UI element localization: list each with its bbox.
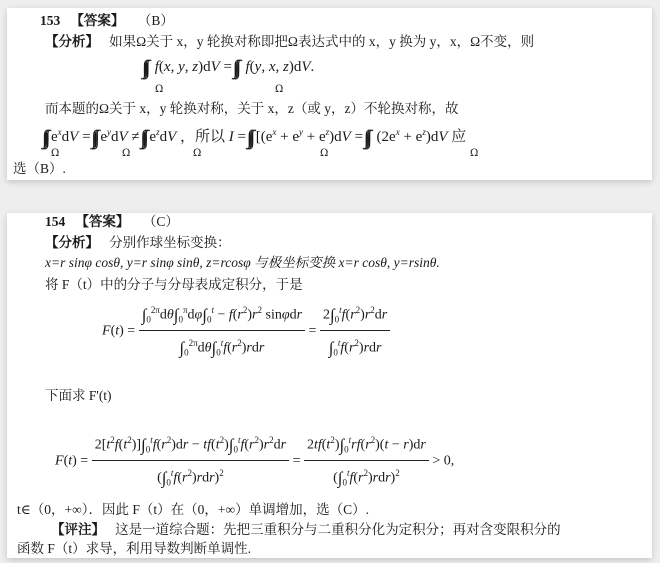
analysis-line: 【分析】 分别作球坐标变换： [45,234,231,252]
derivative-text: 下面求 F'(t) [45,387,112,405]
formula-F-derivative: F(t) = 2[t2f(t2)]∫0tf(r2)dr − tf(t2)∫0tf… [55,431,454,492]
conclusion-text: t∈（0，+∞）．因此 F（t）在（0，+∞）单调增加，选（C）. [17,501,369,519]
comment-line-1: 【评注】 这是一道综合题：先把三重积分与二重积分化为定积分；再对含变限积分的 [51,521,561,539]
answer-label: 【答案】 [70,13,124,29]
problem-number: 153 [40,13,60,28]
solution-card-153: 153 【答案】 （B） 【分析】 如果Ω关于 x，y 轮换对称即把Ω表达式中的… [7,8,652,180]
answer-value: （B） [138,13,174,28]
answer-header: 153 【答案】 （B） [40,12,174,30]
triple-integral-symbol: ∫∫∫ [145,59,151,77]
comment-text: 这是一道综合题：先把三重积分与二重积分化为定积分；再对含变限积分的 [115,522,561,537]
symmetry-text: 而本题的Ω关于 x，y 轮换对称，关于 x，z（或 y，z）不轮换对称，故 [45,100,459,118]
analysis-label: 【分析】 [45,235,99,251]
analysis-line: 【分析】 如果Ω关于 x，y 轮换对称即把Ω表达式中的 x，y 换为 y，x，Ω… [45,33,534,51]
comment-line-2: 函数 F（t）求导，利用导数判断单调性. [17,540,251,558]
comment-label: 【评注】 [51,522,105,538]
conclusion-text: 选（B）. [13,160,66,178]
integral-text: 将 F（t）中的分子与分母表成定积分，于是 [45,276,303,294]
answer-value: （C） [143,214,179,229]
triple-integral-symbol: ∫∫∫ [236,59,242,77]
solution-card-154: 154 【答案】 （C） 【分析】 分别作球坐标变换： x=r sinφ cos… [7,213,652,558]
analysis-label: 【分析】 [45,34,99,50]
formula-result: ∫∫∫exdV = ∫∫∫eydV ≠ ∫∫∫ezdV ，所以 I = ∫∫∫[… [45,123,466,147]
analysis-text: 如果Ω关于 x，y 轮换对称即把Ω表达式中的 x，y 换为 y，x，Ω不变，则 [109,34,534,49]
formula-symmetry: ∫∫∫ f(x, y, z)dV = ∫∫∫ f(y, x, z)dV. [145,58,314,77]
coordinate-transform: x=r sinφ cosθ, y=r sinφ sinθ, z=rcosφ 与极… [45,254,440,272]
problem-number: 154 [45,214,65,229]
formula-F-definition: F(t) = ∫02πdθ∫0πdφ∫0t − f(r2)r2 sinφdr ∫… [102,301,390,362]
analysis-text: 分别作球坐标变换： [109,235,231,250]
omega-subscript: Ω [275,84,283,95]
answer-label: 【答案】 [75,214,129,230]
omega-subscript: Ω [155,84,163,95]
answer-header: 154 【答案】 （C） [45,213,179,231]
